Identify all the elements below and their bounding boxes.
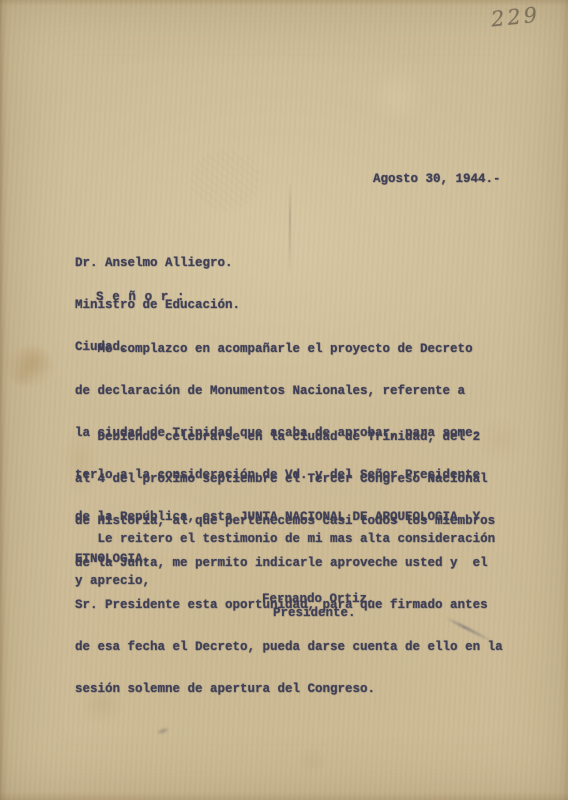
signature-name: Fernando Ortiz.	[262, 592, 375, 606]
letter-line: al 4 del próximo septiembre el Tercer Co…	[75, 472, 503, 486]
paper-crease	[289, 180, 291, 275]
letter-line: Debiéndo celebrarse en la ciudad de Trin…	[75, 430, 503, 444]
salutation: S e ñ o r :	[96, 290, 185, 304]
recipient-name: Dr. Anselmo Alliegro.	[75, 256, 240, 270]
letter-page: 229 Agosto 30, 1944.- Dr. Anselmo Allieg…	[0, 0, 568, 800]
handwritten-page-number: 229	[490, 2, 541, 31]
letter-line: sesión solemne de apertura del Congreso.	[75, 682, 503, 696]
letter-line: y aprecio,	[75, 574, 495, 588]
letter-line: de esa fecha el Decreto, pueda darse cue…	[75, 640, 503, 654]
letter-date: Agosto 30, 1944.-	[373, 172, 501, 186]
paper-stain	[2, 344, 57, 389]
signature-title: Presidente.	[273, 606, 356, 620]
pencil-smudge	[186, 145, 264, 214]
letter-line: de declaración de Monumentos Nacionales,…	[75, 384, 480, 398]
letter-line: Me complazco en acompañarle el proyecto …	[75, 342, 480, 356]
letter-line: Le reitero el testimonio de mi mas alta …	[75, 532, 495, 546]
paper-speck	[158, 727, 169, 734]
